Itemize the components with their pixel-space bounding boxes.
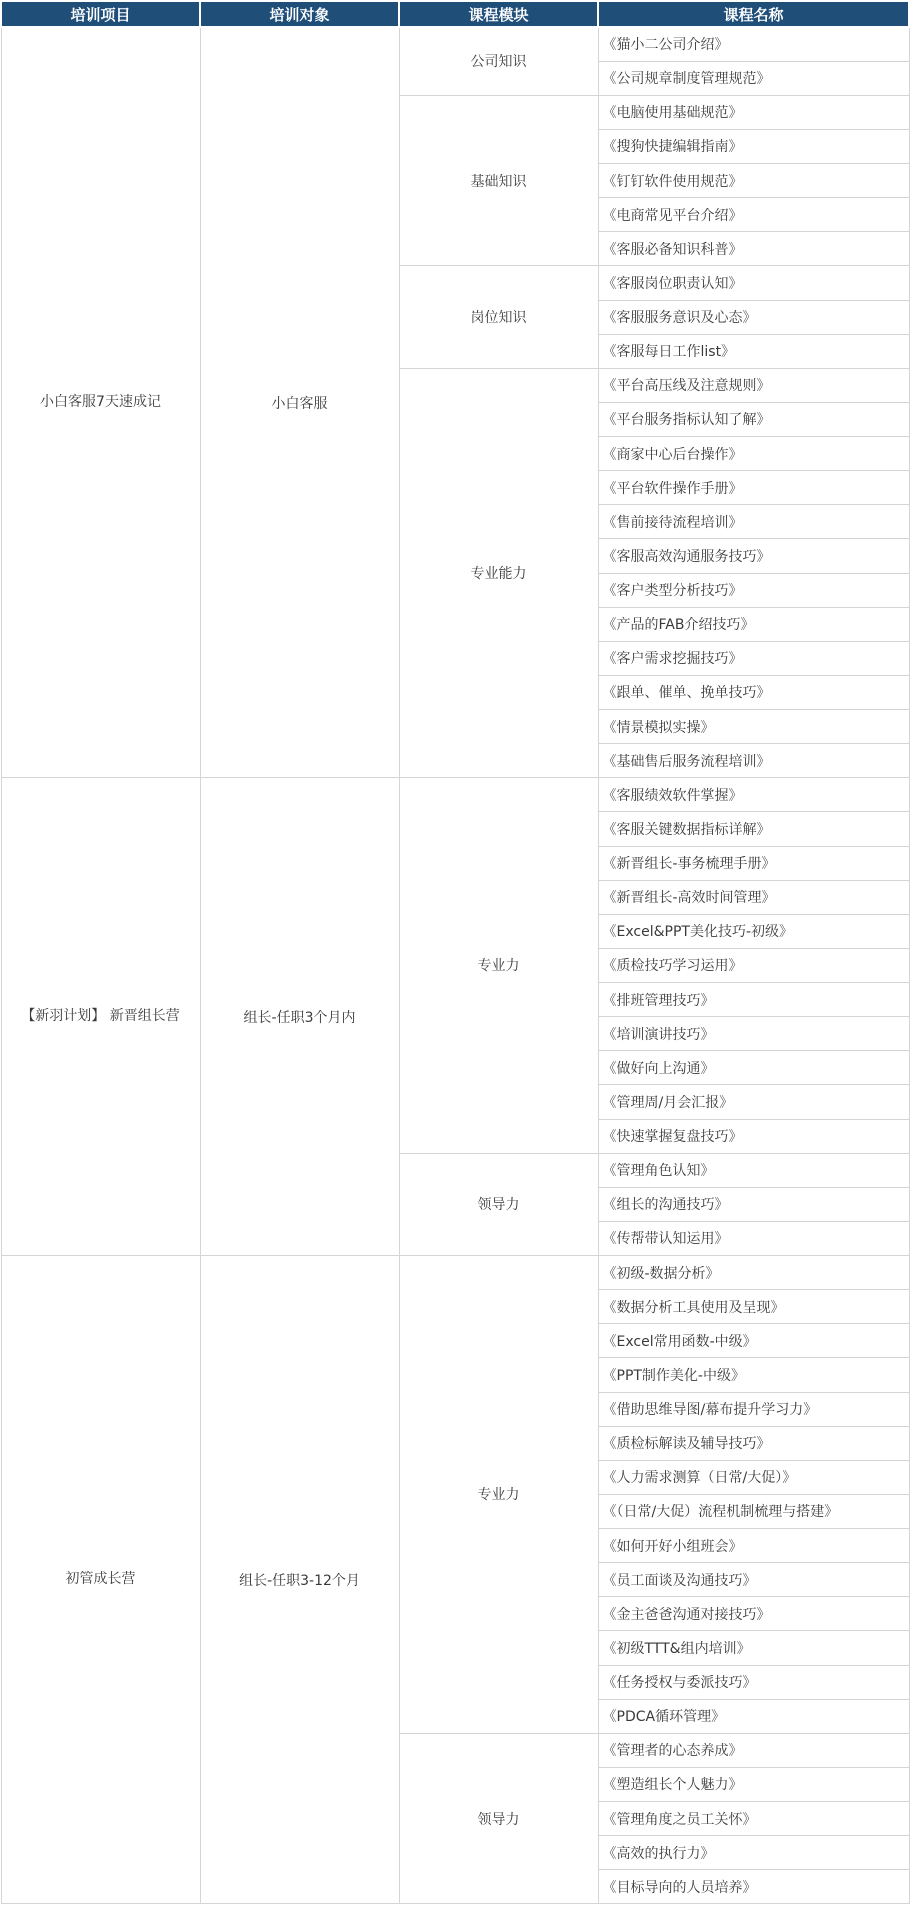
course-cell: 《高效的执行力》 bbox=[598, 1836, 909, 1870]
col-header-project: 培训项目 bbox=[1, 1, 200, 27]
table-row: 【新羽计划】 新晋组长营组长-任职3个月内专业力《客服绩效软件掌握》 bbox=[1, 778, 909, 812]
course-cell: 《传帮带认知运用》 bbox=[598, 1221, 909, 1255]
course-cell: 《塑造组长个人魅力》 bbox=[598, 1767, 909, 1801]
module-cell: 专业力 bbox=[399, 778, 598, 1153]
col-header-audience: 培训对象 bbox=[200, 1, 399, 27]
course-cell: 《客服必备知识科普》 bbox=[598, 232, 909, 266]
audience-cell: 组长-任职3-12个月 bbox=[200, 1256, 399, 1904]
module-cell: 领导力 bbox=[399, 1153, 598, 1255]
course-cell: 《客服每日工作list》 bbox=[598, 334, 909, 368]
course-cell: 《基础售后服务流程培训》 bbox=[598, 744, 909, 778]
table-row: 初管成长营组长-任职3-12个月专业力《初级-数据分析》 bbox=[1, 1256, 909, 1290]
module-cell: 基础知识 bbox=[399, 95, 598, 266]
course-cell: 《Excel常用函数-中级》 bbox=[598, 1324, 909, 1358]
course-cell: 《PPT制作美化-中级》 bbox=[598, 1358, 909, 1392]
course-cell: 《培训演讲技巧》 bbox=[598, 1017, 909, 1051]
course-cell: 《PDCA循环管理》 bbox=[598, 1699, 909, 1733]
course-cell: 《客户类型分析技巧》 bbox=[598, 573, 909, 607]
course-cell: 《钉钉软件使用规范》 bbox=[598, 164, 909, 198]
course-cell: 《电脑使用基础规范》 bbox=[598, 95, 909, 129]
course-cell: 《如何开好小组班会》 bbox=[598, 1529, 909, 1563]
course-cell: 《管理角度之员工关怀》 bbox=[598, 1802, 909, 1836]
course-cell: 《人力需求测算（日常/大促）》 bbox=[598, 1460, 909, 1494]
course-cell: 《搜狗快捷编辑指南》 bbox=[598, 129, 909, 163]
course-cell: 《做好向上沟通》 bbox=[598, 1051, 909, 1085]
course-cell: 《任务授权与委派技巧》 bbox=[598, 1665, 909, 1699]
course-cell: 《商家中心后台操作》 bbox=[598, 437, 909, 471]
audience-cell: 组长-任职3个月内 bbox=[200, 778, 399, 1256]
module-cell: 专业力 bbox=[399, 1256, 598, 1734]
course-cell: 《猫小二公司介绍》 bbox=[598, 27, 909, 61]
course-cell: 《快速掌握复盘技巧》 bbox=[598, 1119, 909, 1153]
course-cell: 《Excel&PPT美化技巧-初级》 bbox=[598, 914, 909, 948]
course-cell: 《员工面谈及沟通技巧》 bbox=[598, 1563, 909, 1597]
audience-cell: 小白客服 bbox=[200, 27, 399, 778]
table-row: 小白客服7天速成记小白客服公司知识《猫小二公司介绍》 bbox=[1, 27, 909, 61]
course-cell: 《组长的沟通技巧》 bbox=[598, 1187, 909, 1221]
course-cell: 《产品的FAB介绍技巧》 bbox=[598, 607, 909, 641]
course-cell: 《排班管理技巧》 bbox=[598, 983, 909, 1017]
course-cell: 《客服服务意识及心态》 bbox=[598, 300, 909, 334]
header-row: 培训项目 培训对象 课程模块 课程名称 bbox=[1, 1, 909, 27]
project-cell: 【新羽计划】 新晋组长营 bbox=[1, 778, 200, 1256]
module-cell: 专业能力 bbox=[399, 368, 598, 778]
course-cell: 《客服关键数据指标详解》 bbox=[598, 812, 909, 846]
course-cell: 《目标导向的人员培养》 bbox=[598, 1870, 909, 1904]
course-cell: 《新晋组长-高效时间管理》 bbox=[598, 880, 909, 914]
course-cell: 《管理角色认知》 bbox=[598, 1153, 909, 1187]
course-cell: 《初级-数据分析》 bbox=[598, 1256, 909, 1290]
col-header-course: 课程名称 bbox=[598, 1, 909, 27]
course-cell: 《质检标解读及辅导技巧》 bbox=[598, 1426, 909, 1460]
course-cell: 《质检技巧学习运用》 bbox=[598, 948, 909, 982]
course-cell: 《售前接待流程培训》 bbox=[598, 505, 909, 539]
course-cell: 《数据分析工具使用及呈现》 bbox=[598, 1290, 909, 1324]
course-table-body: 小白客服7天速成记小白客服公司知识《猫小二公司介绍》《公司规章制度管理规范》基础… bbox=[1, 27, 909, 1904]
training-curriculum-table: 培训项目 培训对象 课程模块 课程名称 小白客服7天速成记小白客服公司知识《猫小… bbox=[0, 0, 910, 1904]
table-header: 培训项目 培训对象 课程模块 课程名称 bbox=[1, 1, 909, 27]
course-cell: 《电商常见平台介绍》 bbox=[598, 198, 909, 232]
course-cell: 《平台服务指标认知了解》 bbox=[598, 402, 909, 436]
course-cell: 《初级TTT&组内培训》 bbox=[598, 1631, 909, 1665]
project-cell: 小白客服7天速成记 bbox=[1, 27, 200, 778]
course-cell: 《公司规章制度管理规范》 bbox=[598, 61, 909, 95]
course-cell: 《平台高压线及注意规则》 bbox=[598, 368, 909, 402]
course-cell: 《金主爸爸沟通对接技巧》 bbox=[598, 1597, 909, 1631]
course-cell: 《新晋组长-事务梳理手册》 bbox=[598, 846, 909, 880]
course-cell: 《（日常/大促）流程机制梳理与搭建》 bbox=[598, 1494, 909, 1528]
module-cell: 领导力 bbox=[399, 1733, 598, 1904]
course-cell: 《平台软件操作手册》 bbox=[598, 471, 909, 505]
course-cell: 《借助思维导图/幕布提升学习力》 bbox=[598, 1392, 909, 1426]
course-cell: 《管理周/月会汇报》 bbox=[598, 1085, 909, 1119]
module-cell: 公司知识 bbox=[399, 27, 598, 95]
col-header-module: 课程模块 bbox=[399, 1, 598, 27]
module-cell: 岗位知识 bbox=[399, 266, 598, 368]
course-cell: 《情景模拟实操》 bbox=[598, 710, 909, 744]
course-cell: 《客户需求挖掘技巧》 bbox=[598, 641, 909, 675]
course-cell: 《客服高效沟通服务技巧》 bbox=[598, 539, 909, 573]
course-cell: 《客服岗位职责认知》 bbox=[598, 266, 909, 300]
course-cell: 《跟单、催单、挽单技巧》 bbox=[598, 675, 909, 709]
project-cell: 初管成长营 bbox=[1, 1256, 200, 1904]
course-cell: 《管理者的心态养成》 bbox=[598, 1733, 909, 1767]
course-cell: 《客服绩效软件掌握》 bbox=[598, 778, 909, 812]
